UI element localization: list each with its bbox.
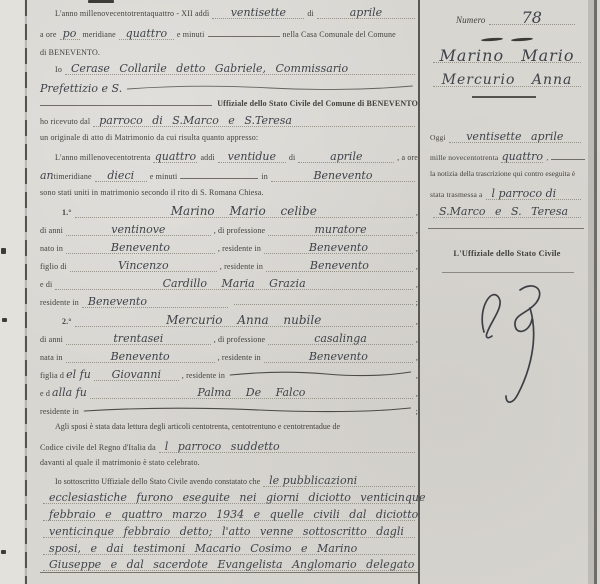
signature-rule <box>442 272 574 273</box>
registry-document-page: L'anno millenovecentotrentaquattro - XII… <box>0 0 600 584</box>
notizia-line-2: stata trasmessa a l parroco di <box>424 187 590 200</box>
printed-text: stata trasmessa a <box>430 190 483 199</box>
handwritten-age: ventinove <box>111 223 165 236</box>
closing-hw-line: ecclesiastiche furono eseguite nei giorn… <box>40 491 418 504</box>
fill-bride-age: trentasei <box>66 332 211 345</box>
handwritten-place: Benevento <box>88 295 147 308</box>
printed-text: e di <box>40 280 52 289</box>
printed-text: , di professione <box>214 226 266 235</box>
empty-fill <box>234 304 413 305</box>
printed-numero-label: Numero <box>456 15 486 25</box>
bride-residence2-line: residente in ; <box>40 404 418 416</box>
printed-text: Io <box>55 65 62 74</box>
blank-strike <box>228 368 413 378</box>
blank-minutes <box>208 36 280 37</box>
printed-text: e minuti <box>150 172 178 181</box>
fill-notizia-parish: l parroco di <box>486 187 581 200</box>
groom-name-line: 1.° Marino Mario celibe , <box>40 205 418 218</box>
printed-text: , a ore <box>397 153 418 162</box>
handwritten-closing: venticinque febbraio detto; l'atto venne… <box>49 525 404 538</box>
printed-text: di anni <box>40 226 63 235</box>
printed-text: timeridiane <box>54 172 92 181</box>
margin-annotation-column: Numero 78 Marino Mario Mercurio Anna Ogg… <box>424 0 590 584</box>
official-title-line: L'Uffiziale dello Stato Civile <box>424 248 590 258</box>
groom-mother-line: e di Cardillo Maria Grazia , <box>40 277 418 290</box>
ink-speck <box>2 318 7 322</box>
handwritten-hour: dieci <box>107 169 134 182</box>
margin-groom-name-line: Marino Mario <box>424 50 590 63</box>
printed-text: residente in <box>40 407 79 416</box>
printed-comma: , <box>416 280 418 289</box>
hw-line-fill: Giuseppe e dal sacerdote Evangelista Ang… <box>43 558 415 571</box>
handwritten-day: ventisette <box>231 6 286 19</box>
handwritten-date: ventisette aprile <box>466 130 563 143</box>
fill-oggi-date: ventisette aprile <box>449 130 581 143</box>
printed-comma: , <box>416 244 418 253</box>
handwritten-place: Benevento <box>111 350 170 363</box>
handwritten-closing: le pubblicazioni <box>269 474 357 487</box>
printed-text: Codice civile del Regno d'Italia da <box>40 443 156 452</box>
printed-comma: , <box>416 389 418 398</box>
margin-separator-rule <box>428 228 584 229</box>
page-right-edge-line <box>594 0 597 584</box>
handwritten-prefix: alla fu <box>52 386 87 399</box>
decorative-divider <box>424 38 590 41</box>
hw-line-fill: ecclesiastiche furono eseguite nei giorn… <box>43 491 415 504</box>
ink-speck <box>1 550 6 554</box>
handwritten-place: Benevento <box>111 241 170 254</box>
handwritten-parish: l parroco di <box>492 187 557 200</box>
printed-text: davanti al quale il matrimonio è stato c… <box>40 458 200 467</box>
fill-official-name: Cerase Collarile detto Gabriele, Commiss… <box>65 62 415 75</box>
blank-minutes <box>180 178 258 179</box>
handwritten-groom-name: Marino Mario <box>439 46 574 65</box>
printed-text: , residente in <box>220 262 263 271</box>
hw-line-fill: febbraio e quattro marzo 1934 e quelle c… <box>43 508 415 521</box>
fill-year: quattro <box>153 150 197 163</box>
fill-notizia-parish-2: S.Marco e S. Teresa <box>433 205 581 218</box>
handwritten-year: quattro <box>155 150 196 163</box>
groom-father-line: figlio di Vincenzo , residente in Beneve… <box>40 259 418 272</box>
hw-line-fill: venticinque febbraio detto; l'atto venne… <box>43 525 415 538</box>
mille-line: mille novecentotrenta quattro , <box>424 150 590 163</box>
printed-text: L'anno millenovecentotrenta <box>55 153 150 162</box>
handwritten-month: aprile <box>350 6 382 19</box>
printed-text: nato in <box>40 244 63 253</box>
fill-groom-age: ventinove <box>66 223 211 236</box>
printed-comma: , <box>416 317 418 326</box>
groom-born-line: nato in Benevento , residente in Beneven… <box>40 241 418 254</box>
printed-text: e minuti <box>177 30 205 39</box>
handwritten-bride-name: Mercurio Anna nubile <box>166 313 321 327</box>
fill-groom-father-residence: Benevento <box>266 259 413 272</box>
margin-bride-name-line: Mercurio Anna <box>424 74 590 87</box>
closing-hw-line: febbraio e quattro marzo 1934 e quelle c… <box>40 508 418 521</box>
flourish-line <box>125 82 415 92</box>
printed-comma: , <box>416 226 418 235</box>
handwritten-hour: quattro <box>126 27 167 40</box>
bride-age-line: di anni trentasei , di professione casal… <box>40 332 418 345</box>
fill-mille-year: quattro <box>501 150 543 163</box>
original-act-line: un originale di atto di Matrimonio da cu… <box>40 133 418 142</box>
printed-text: nata in <box>40 353 63 362</box>
fill-closing-start: le pubblicazioni <box>263 474 415 487</box>
fill-parish: parroco di S.Marco e S.Teresa <box>93 114 415 127</box>
printed-semicolon: ; <box>416 298 418 307</box>
handwritten-act-number: 78 <box>522 8 542 27</box>
handwritten-bride-name: Mercurio Anna <box>442 72 573 88</box>
binding-edge-line <box>25 0 27 584</box>
printed-text: addì <box>200 153 214 162</box>
bride-mother-line: e d alla fu Palma De Falco , <box>40 386 418 399</box>
fill-margin-bride: Mercurio Anna <box>433 74 581 87</box>
closing-printed-line: Io sottoscritto Uffiziale dello Stato Ci… <box>40 474 418 487</box>
handwritten-closing: ecclesiastiche furono eseguite nei giorn… <box>49 491 426 504</box>
printed-text: , residente in <box>182 371 225 380</box>
handwritten-father: Vincenzo <box>118 259 169 272</box>
handwritten-groom-name: Marino Mario celibe <box>171 204 317 218</box>
handwritten-official-name: Prefettizio e S. <box>40 82 122 95</box>
printed-text: , residente in <box>218 244 261 253</box>
notizia-line-3: S.Marco e S. Teresa <box>424 205 590 218</box>
groom-ordinal: 1.° <box>62 208 72 217</box>
printed-text: , di professione <box>214 335 266 344</box>
printed-comma: , <box>546 153 548 162</box>
handwritten-place: Benevento <box>313 169 372 182</box>
handwritten-meridian: po <box>63 27 77 40</box>
act-line-2: an timeridiane dieci e minuti in Beneven… <box>40 169 418 182</box>
official-title-line: Uffiziale dello Stato Civile del Comune … <box>40 99 418 109</box>
fill-act-hour: dieci <box>95 169 147 182</box>
handwritten-place: Benevento <box>310 259 369 272</box>
opening-line-3: di BENEVENTO. <box>40 48 418 57</box>
printed-text: , residente in <box>218 353 261 362</box>
fill-groom-residence: Benevento <box>264 241 413 254</box>
lettura-line-1: Agli sposi è stata data lettura degli ar… <box>40 422 418 431</box>
printed-text: a ore <box>40 30 57 39</box>
opening-line-1: L'anno millenovecentotrentaquattro - XII… <box>40 6 418 19</box>
blank-fill <box>551 159 585 160</box>
main-act-column: L'anno millenovecentotrentaquattro - XII… <box>40 0 418 584</box>
fill-bride-name: Mercurio Anna nubile <box>75 314 413 327</box>
official-name-line-1: Io Cerase Collarile detto Gabriele, Comm… <box>40 62 418 75</box>
handwritten-closing: sposi, e dai testimoni Macario Cosimo e … <box>49 542 357 555</box>
printed-text: ho ricevuto dal <box>40 117 90 126</box>
fill-groom-born: Benevento <box>66 241 215 254</box>
handwritten-official-name: Cerase Collarile detto Gabriele, Commiss… <box>71 62 348 75</box>
fill-meridian-prefix: po <box>60 27 80 40</box>
handwritten-meridian: an <box>40 169 54 182</box>
act-line-1: L'anno millenovecentotrenta quattro addì… <box>40 150 418 163</box>
fill-act-place: Benevento <box>271 169 415 182</box>
fill-day: ventisette <box>212 6 304 19</box>
printed-text: Oggi <box>430 133 446 142</box>
closing-hw-line: sposi, e dai testimoni Macario Cosimo e … <box>40 542 418 555</box>
notizia-line-1: la notizia della trascrizione qui contro… <box>424 169 590 178</box>
fill-margin-groom: Marino Mario <box>433 50 581 63</box>
printed-text: Io sottoscritto Uffiziale dello Stato Ci… <box>55 477 260 486</box>
official-signature <box>464 276 568 410</box>
lead-line <box>40 105 212 106</box>
printed-text: figlio di <box>40 262 67 271</box>
printed-text: L'anno millenovecentotrentaquattro - XII… <box>55 9 209 18</box>
divider-dash-icon <box>511 37 533 42</box>
blank-strike <box>82 404 413 414</box>
fill-bride-mother: Palma De Falco <box>90 386 413 399</box>
fill-numero: 78 <box>489 12 575 25</box>
handwritten-year: quattro <box>502 150 543 163</box>
ink-speck <box>1 248 6 254</box>
printed-official-title: Uffiziale dello Stato Civile del Comune … <box>217 99 418 108</box>
printed-comma: , <box>416 371 418 380</box>
printed-text: nella Casa Comunale del Comune <box>283 30 396 39</box>
printed-semicolon: ; <box>416 407 418 416</box>
fill-lettura: l parroco suddetto <box>159 440 415 453</box>
groom-age-line: di anni ventinove , di professione murat… <box>40 223 418 236</box>
handwritten-profession: casalinga <box>314 332 367 345</box>
handwritten-closing: Giuseppe e dal sacerdote Evangelista Ang… <box>49 558 414 571</box>
handwritten-day: ventidue <box>228 150 276 163</box>
fill-hour: quattro <box>119 27 174 40</box>
printed-text: sono stati uniti in matrimonio secondo i… <box>40 188 264 197</box>
printed-text: di <box>307 9 314 18</box>
divider-dash-icon <box>481 37 503 42</box>
act-line-3: sono stati uniti in matrimonio secondo i… <box>40 188 418 197</box>
printed-text: e d <box>40 389 50 398</box>
handwritten-mother: Cardillo Maria Grazia <box>163 277 306 290</box>
handwritten-closing: febbraio e quattro marzo 1934 e quelle c… <box>49 508 418 521</box>
handwritten-profession: muratore <box>314 223 366 236</box>
printed-text: meridiane <box>83 30 116 39</box>
section-bottom-rule <box>40 572 418 573</box>
opening-line-2: a ore po meridiane quattro e minuti nell… <box>40 27 418 40</box>
printed-text: di <box>289 153 296 162</box>
names-underline <box>472 96 536 98</box>
handwritten-mother: Palma De Falco <box>197 386 305 399</box>
printed-text: Agli sposi è stata data lettura degli ar… <box>55 422 340 431</box>
fill-bride-profession: casalinga <box>268 332 413 345</box>
handwritten-age: trentasei <box>113 332 163 345</box>
printed-text: in <box>261 172 268 181</box>
lettura-line-2: Codice civile del Regno d'Italia da l pa… <box>40 440 418 453</box>
closing-hw-line: Giuseppe e dal sacerdote Evangelista Ang… <box>40 558 418 571</box>
bride-ordinal: 2.° <box>62 317 72 326</box>
printed-comma: , <box>416 353 418 362</box>
handwritten-father: Giovanni <box>112 368 161 381</box>
fill-groom-name: Marino Mario celibe <box>75 205 413 218</box>
fill-groom-residence2: Benevento <box>82 295 228 308</box>
handwritten-parish: S.Marco e S. Teresa <box>439 205 568 218</box>
fill-month: aprile <box>317 6 415 19</box>
printed-text: di BENEVENTO. <box>40 48 100 57</box>
closing-hw-line: venticinque febbraio detto; l'atto venne… <box>40 525 418 538</box>
printed-text: di anni <box>40 335 63 344</box>
handwritten-parish: parroco di S.Marco e S.Teresa <box>99 114 292 127</box>
bride-father-line: figlia d el fu Giovanni , residente in , <box>40 368 418 381</box>
page-left-margin-band <box>0 0 24 584</box>
oggi-line: Oggi ventisette aprile <box>424 130 590 143</box>
printed-text: mille novecentotrenta <box>430 153 498 162</box>
received-line: ho ricevuto dal parroco di S.Marco e S.T… <box>40 114 418 127</box>
fill-act-month: aprile <box>298 150 394 163</box>
handwritten-place: Benevento <box>309 241 368 254</box>
fill-bride-father: Giovanni <box>94 368 179 381</box>
hw-line-fill: sposi, e dai testimoni Macario Cosimo e … <box>43 542 415 555</box>
handwritten-prefix: el fu <box>66 368 91 381</box>
printed-comma: , <box>416 262 418 271</box>
printed-comma: , <box>416 208 418 217</box>
handwritten-month: aprile <box>330 150 362 163</box>
bride-born-line: nata in Benevento , residente in Beneven… <box>40 350 418 363</box>
fill-groom-mother: Cardillo Maria Grazia <box>55 277 412 290</box>
fill-groom-profession: muratore <box>268 223 413 236</box>
printed-text: la notizia della trascrizione qui contro… <box>430 169 575 178</box>
lettura-line-3: davanti al quale il matrimonio è stato c… <box>40 458 418 467</box>
fill-bride-residence: Benevento <box>264 350 413 363</box>
printed-text: residente in <box>40 298 79 307</box>
printed-comma: , <box>416 335 418 344</box>
fill-bride-born: Benevento <box>66 350 215 363</box>
official-name-line-2: Prefettizio e S. <box>40 82 418 95</box>
handwritten-place: Benevento <box>309 350 368 363</box>
fill-act-day: ventidue <box>218 150 286 163</box>
printed-official-title: L'Uffiziale dello Stato Civile <box>453 248 560 258</box>
printed-text: un originale di atto di Matrimonio da cu… <box>40 133 258 142</box>
bride-name-line: 2.° Mercurio Anna nubile , <box>40 314 418 327</box>
groom-residence2-line: residente in Benevento ; <box>40 295 418 308</box>
handwritten-parish-ref: l parroco suddetto <box>165 440 280 453</box>
fill-groom-father: Vincenzo <box>70 259 217 272</box>
numero-line: Numero 78 <box>424 12 590 25</box>
printed-text: figlia d <box>40 371 64 380</box>
